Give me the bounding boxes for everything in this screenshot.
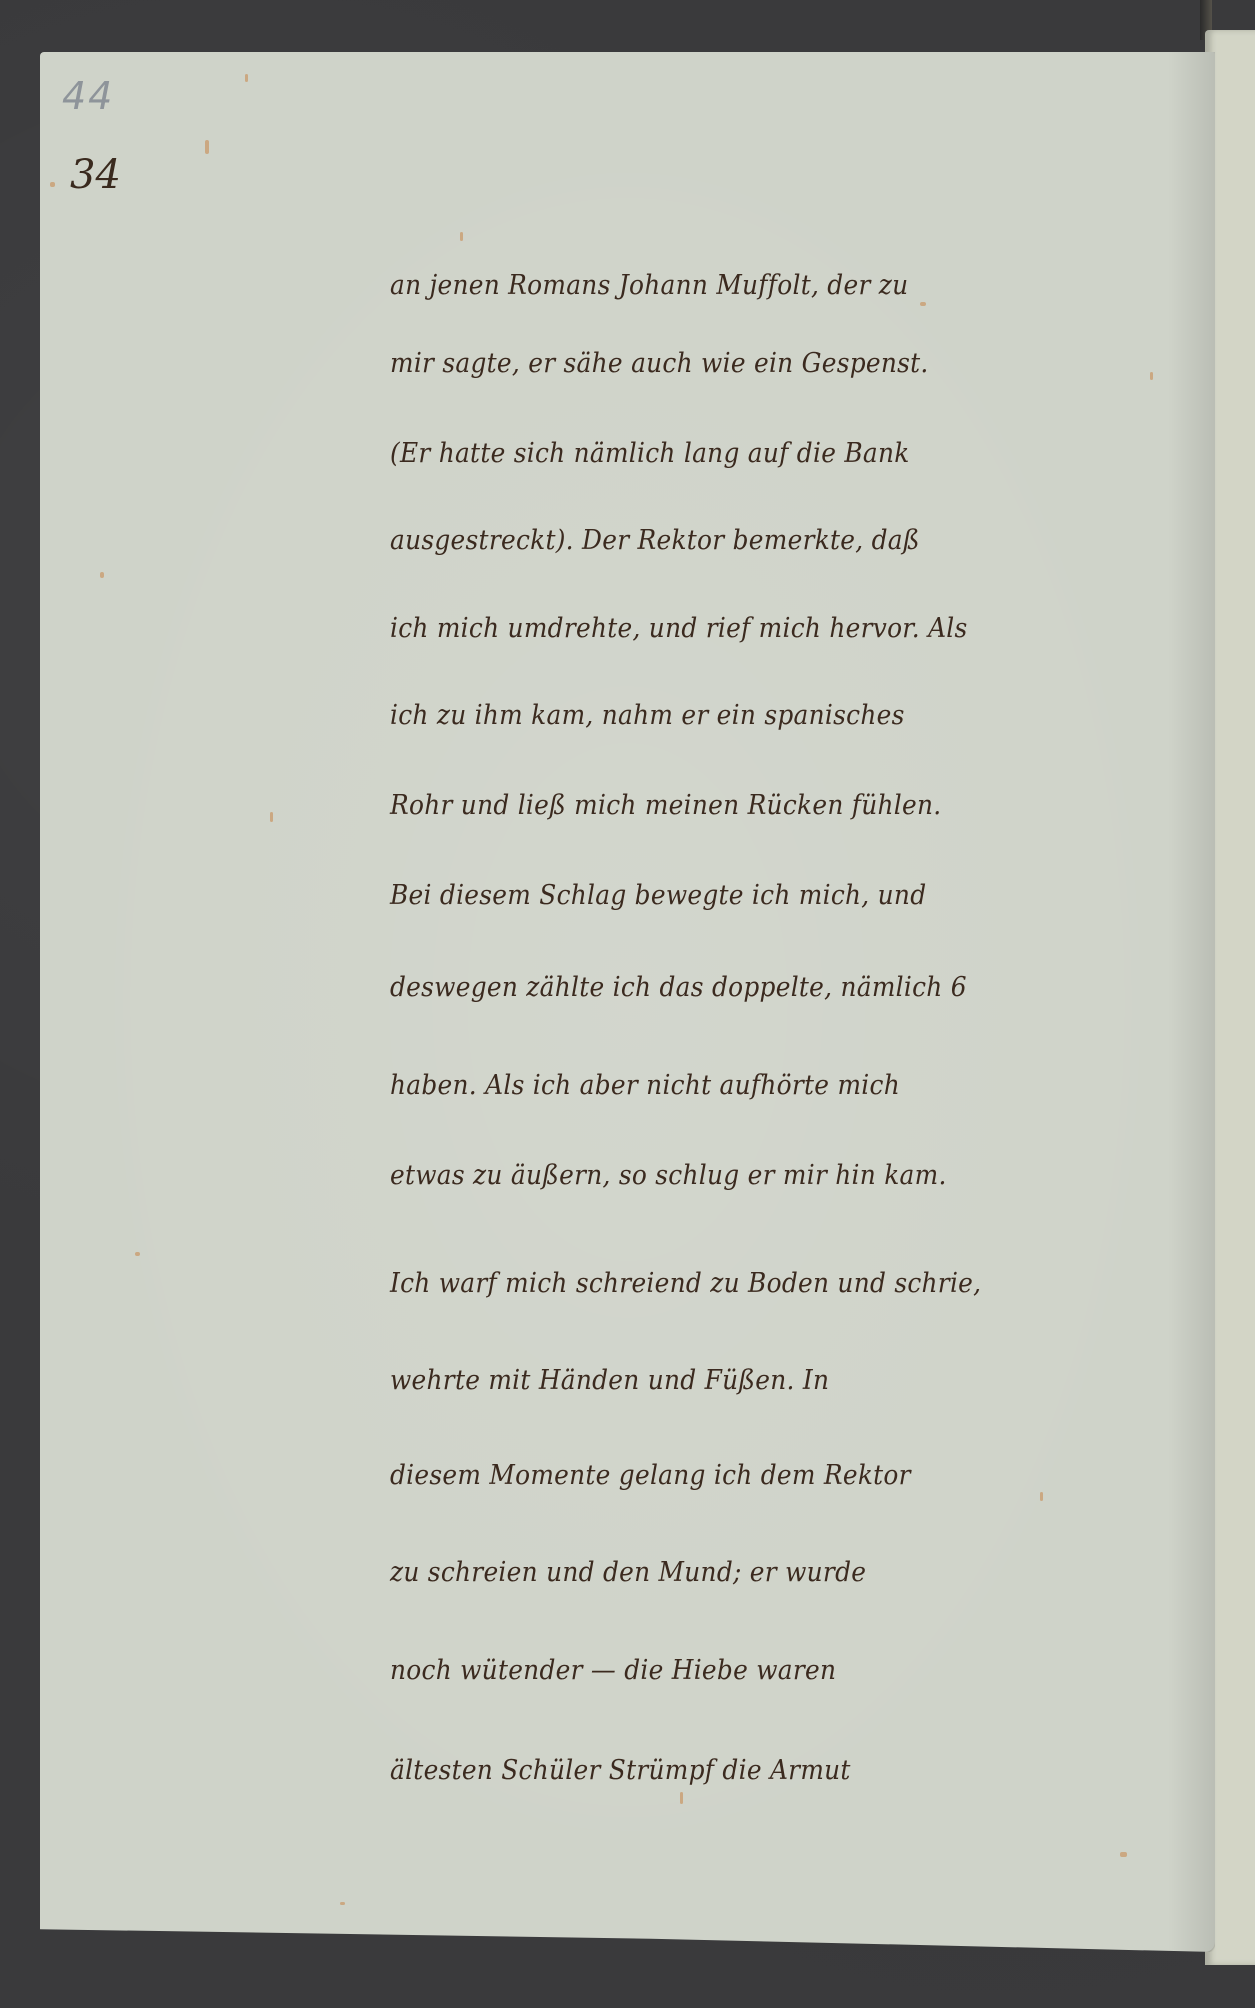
paper-fleck [1120, 1852, 1127, 1857]
text-line: ältesten Schüler Strümpf die Armut [390, 1755, 1052, 1786]
text-line: haben. Als ich aber nicht aufhörte mich [390, 1070, 1052, 1101]
manuscript-page: 44 34 an jenen Romans Johann Muffolt, de… [40, 52, 1215, 1952]
paper-fleck [135, 1252, 140, 1256]
paper-fleck [460, 232, 463, 241]
text-line: ausgestreckt). Der Rektor bemerkte, daß [390, 525, 1052, 556]
text-line: an jenen Romans Johann Muffolt, der zu [390, 270, 1052, 301]
text-line: zu schreien und den Mund; er wurde [390, 1557, 1052, 1588]
text-line: ich mich umdrehte, und rief mich hervor.… [390, 613, 1052, 644]
text-line: deswegen zählte ich das doppelte, nämlic… [390, 972, 1052, 1003]
paper-fleck [100, 572, 104, 578]
text-line: noch wütender — die Hiebe waren [390, 1655, 1052, 1686]
text-line: etwas zu äußern, so schlug er mir hin ka… [390, 1160, 1052, 1191]
paper-fleck [680, 1792, 683, 1804]
paper-fleck [920, 302, 926, 306]
text-line: Bei diesem Schlag bewegte ich mich, und [390, 880, 1052, 911]
paper-fleck [50, 182, 55, 187]
text-line: (Er hatte sich nämlich lang auf die Bank [390, 438, 1052, 469]
text-line: ich zu ihm kam, nahm er ein spanisches [390, 700, 1052, 731]
paper-fleck [340, 1902, 345, 1905]
text-line: wehrte mit Händen und Füßen. In [390, 1365, 1052, 1396]
paper-fleck [1040, 1492, 1043, 1501]
text-line: Rohr und ließ mich meinen Rücken fühlen. [390, 790, 1052, 821]
paper-fleck [270, 812, 273, 822]
paper-fleck [245, 74, 248, 82]
paper-fleck [205, 140, 209, 154]
text-line: mir sagte, er sähe auch wie ein Gespenst… [390, 348, 1052, 379]
folio-number-pencil: 44 [62, 74, 114, 118]
text-line: Ich warf mich schreiend zu Boden und sch… [390, 1268, 1052, 1299]
folio-number-ink: 34 [70, 152, 121, 198]
paper-fleck [1150, 372, 1153, 380]
text-line: diesem Momente gelang ich dem Rektor [390, 1460, 1052, 1491]
